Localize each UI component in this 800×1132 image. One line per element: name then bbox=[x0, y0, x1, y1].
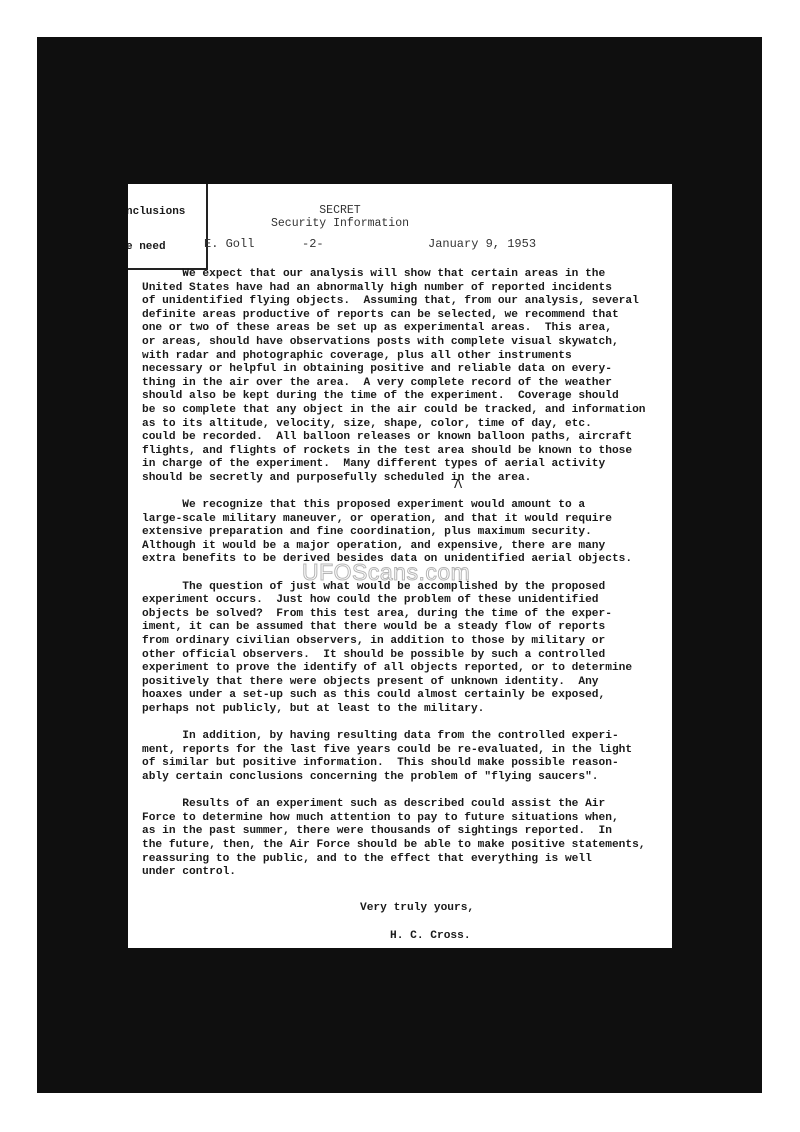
paragraph: We recognize that this proposed experime… bbox=[142, 499, 668, 567]
addressee: E. Goll bbox=[204, 237, 254, 251]
page-number: -2- bbox=[302, 237, 324, 251]
handwritten-insertion-mark: Λ bbox=[454, 477, 462, 491]
watermark-text: UFOScans.com bbox=[302, 559, 470, 586]
paragraph: In addition, by having resulting data fr… bbox=[142, 730, 668, 784]
classification-subtitle: Security Information bbox=[128, 217, 612, 230]
paragraph: We expect that our analysis will show th… bbox=[142, 268, 668, 486]
signature: H. C. Cross. bbox=[390, 930, 471, 942]
paragraph: The question of just what would be accom… bbox=[142, 581, 668, 717]
fragment-line: e need bbox=[128, 242, 206, 254]
paragraph: Results of an experiment such as describ… bbox=[142, 798, 668, 880]
letter-date: January 9, 1953 bbox=[428, 237, 536, 251]
classification-label: SECRET bbox=[128, 204, 612, 217]
closing-salutation: Very truly yours, bbox=[360, 902, 474, 914]
